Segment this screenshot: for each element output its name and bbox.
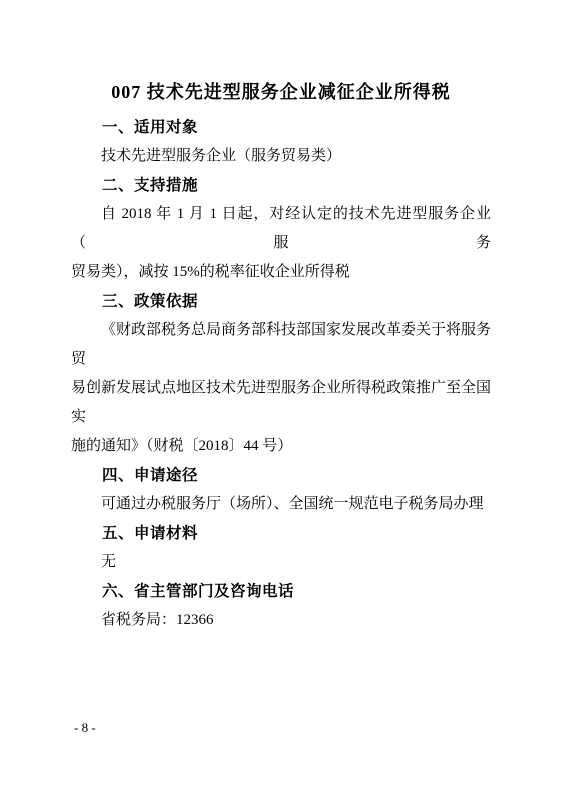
body-line: 易创新发展试点地区技术先进型服务企业所得税政策推广至全国实 [71, 374, 491, 432]
document-title: 007 技术先进型服务企业减征企业所得税 [71, 78, 491, 106]
section-heading-5: 五、申请材料 [71, 519, 491, 548]
body-line: 省税务局：12366 [71, 606, 491, 635]
body-line: 可通过办税服务厅（场所）、全国统一规范电子税务局办理 [71, 490, 491, 519]
body-line: 技术先进型服务企业（服务贸易类） [71, 142, 491, 171]
section-heading-2: 二、支持措施 [71, 171, 491, 200]
section-heading-1: 一、适用对象 [71, 113, 491, 142]
body-line: 无 [71, 548, 491, 577]
body-line: 《财政部税务总局商务部科技部国家发展改革委关于将服务贸 [71, 316, 491, 374]
document-page: 007 技术先进型服务企业减征企业所得税 一、适用对象 技术先进型服务企业（服务… [0, 0, 561, 793]
body-line: 贸易类），减按 15%的税率征收企业所得税 [71, 258, 491, 287]
section-heading-4: 四、申请途径 [71, 461, 491, 490]
body-line: 施的通知》（财税〔2018〕44 号） [71, 432, 491, 461]
page-number: - 8 - [74, 720, 96, 736]
section-heading-6: 六、省主管部门及咨询电话 [71, 577, 491, 606]
document-content: 007 技术先进型服务企业减征企业所得税 一、适用对象 技术先进型服务企业（服务… [71, 78, 491, 635]
body-line: 自 2018 年 1 月 1 日起，对经认定的技术先进型服务企业（服务 [71, 200, 491, 258]
section-heading-3: 三、政策依据 [71, 287, 491, 316]
